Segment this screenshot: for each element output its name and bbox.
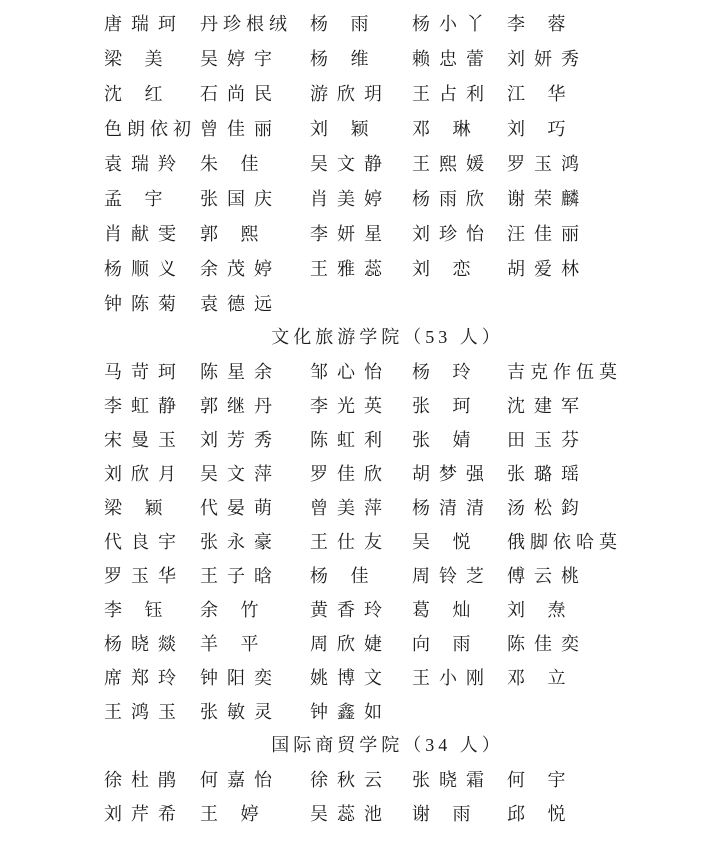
- section-rows: 马苛珂陈星余邹心怡杨 玲吉克作伍莫李虹静郭继丹李光英张 珂沈建军宋曼玉刘芳秀陈虹…: [0, 354, 711, 728]
- student-name: 沈 红: [104, 80, 200, 106]
- student-name: 周铃芝: [412, 562, 507, 588]
- student-name: 刘欣月: [104, 460, 200, 486]
- student-name: 曾美萍: [310, 494, 412, 520]
- student-name: 吴蕊池: [310, 800, 412, 826]
- student-name: 李妍星: [310, 220, 412, 246]
- student-name: 何嘉怡: [200, 766, 310, 792]
- student-name: 刘芳秀: [200, 426, 310, 452]
- student-name: 刘珍怡: [412, 220, 507, 246]
- student-name: 李光英: [310, 392, 412, 418]
- name-row: 马苛珂陈星余邹心怡杨 玲吉克作伍莫: [104, 354, 681, 388]
- student-name: 杨晓燚: [104, 630, 200, 656]
- student-name: 唐瑞珂: [104, 10, 200, 36]
- student-name: 梁 美: [104, 45, 200, 71]
- student-name: 吉克作伍莫: [507, 358, 681, 384]
- name-row: 肖献雯郭 熙李妍星刘珍怡汪佳丽: [104, 215, 681, 250]
- student-name: 王小刚: [412, 664, 507, 690]
- name-row: 色朗依初曾佳丽刘 颖邓 琳刘 巧: [104, 110, 681, 145]
- roster-section: 文化旅游学院（53 人）马苛珂陈星余邹心怡杨 玲吉克作伍莫李虹静郭继丹李光英张 …: [0, 320, 711, 728]
- student-name: 邹心怡: [310, 358, 412, 384]
- student-name: 张国庆: [200, 185, 310, 211]
- student-name: 杨顺义: [104, 255, 200, 281]
- student-name: 吴文静: [310, 150, 412, 176]
- student-name: 石尚民: [200, 80, 310, 106]
- name-row: 梁 颖代晏萌曾美萍杨清清汤松鈞: [104, 490, 681, 524]
- student-name: 刘 焘: [507, 596, 681, 622]
- student-name: 刘 恋: [412, 255, 507, 281]
- student-name: 张永豪: [200, 528, 310, 554]
- student-name: 罗佳欣: [310, 460, 412, 486]
- student-name: 袁德远: [200, 290, 310, 316]
- student-name: 杨清清: [412, 494, 507, 520]
- roster-section: 唐瑞珂丹珍根绒杨 雨杨小丫李 蓉梁 美吴婷宇杨 维赖忠蕾刘妍秀沈 红石尚民游欣玥…: [0, 5, 711, 320]
- name-row: 钟陈菊袁德远: [104, 285, 681, 320]
- student-name: 王 婷: [200, 800, 310, 826]
- student-name: 李 蓉: [507, 10, 681, 36]
- student-name: 陈佳奕: [507, 630, 681, 656]
- student-name: 钟陈菊: [104, 290, 200, 316]
- name-row: 李虹静郭继丹李光英张 珂沈建军: [104, 388, 681, 422]
- name-row: 刘欣月吴文萍罗佳欣胡梦强张璐瑶: [104, 456, 681, 490]
- name-row: 杨顺义余茂婷王雅蕊刘 恋胡爱林: [104, 250, 681, 285]
- student-name: 肖献雯: [104, 220, 200, 246]
- student-name: 汤松鈞: [507, 494, 681, 520]
- student-name: 俄脚依哈莫: [507, 528, 681, 554]
- student-name: 羊 平: [200, 630, 310, 656]
- student-name: 席郑玲: [104, 664, 200, 690]
- student-name: 沈建军: [507, 392, 681, 418]
- student-name: 胡爱林: [507, 255, 681, 281]
- student-name: 曾佳丽: [200, 115, 310, 141]
- name-row: 梁 美吴婷宇杨 维赖忠蕾刘妍秀: [104, 40, 681, 75]
- student-name: 田玉芬: [507, 426, 681, 452]
- roster-section: 国际商贸学院（34 人）徐杜鹃何嘉怡徐秋云张晓霜何 宇刘芹希王 婷吴蕊池谢 雨邱…: [0, 728, 711, 830]
- student-name: 张璐瑶: [507, 460, 681, 486]
- student-name: 邓 立: [507, 664, 681, 690]
- student-name: 罗玉华: [104, 562, 200, 588]
- student-name: 谢荣麟: [507, 185, 681, 211]
- student-name: 吴文萍: [200, 460, 310, 486]
- student-name: 陈星余: [200, 358, 310, 384]
- student-name: 马苛珂: [104, 358, 200, 384]
- student-name: 王熙媛: [412, 150, 507, 176]
- name-roster: 唐瑞珂丹珍根绒杨 雨杨小丫李 蓉梁 美吴婷宇杨 维赖忠蕾刘妍秀沈 红石尚民游欣玥…: [0, 5, 711, 830]
- student-name: 李 钰: [104, 596, 200, 622]
- name-row: 沈 红石尚民游欣玥王占利江 华: [104, 75, 681, 110]
- student-name: 宋曼玉: [104, 426, 200, 452]
- document-page: 唐瑞珂丹珍根绒杨 雨杨小丫李 蓉梁 美吴婷宇杨 维赖忠蕾刘妍秀沈 红石尚民游欣玥…: [0, 0, 711, 852]
- student-name: 钟鑫如: [310, 698, 412, 724]
- student-name: 何 宇: [507, 766, 681, 792]
- student-name: 代良宇: [104, 528, 200, 554]
- name-row: 宋曼玉刘芳秀陈虹利张 婧田玉芬: [104, 422, 681, 456]
- student-name: 江 华: [507, 80, 681, 106]
- student-name: 色朗依初: [104, 115, 200, 141]
- name-row: 袁瑞羚朱 佳吴文静王熙媛罗玉鸿: [104, 145, 681, 180]
- student-name: 黄香玲: [310, 596, 412, 622]
- student-name: 王鸿玉: [104, 698, 200, 724]
- student-name: 杨 佳: [310, 562, 412, 588]
- student-name: 张敏灵: [200, 698, 310, 724]
- student-name: 郭 熙: [200, 220, 310, 246]
- student-name: 刘 巧: [507, 115, 681, 141]
- student-name: 游欣玥: [310, 80, 412, 106]
- student-name: 钟阳奕: [200, 664, 310, 690]
- student-name: 杨小丫: [412, 10, 507, 36]
- student-name: 孟 宇: [104, 185, 200, 211]
- student-name: 朱 佳: [200, 150, 310, 176]
- student-name: 张 婧: [412, 426, 507, 452]
- student-name: 袁瑞羚: [104, 150, 200, 176]
- student-name: 汪佳丽: [507, 220, 681, 246]
- name-row: 罗玉华王子晗杨 佳周铃芝傅云桃: [104, 558, 681, 592]
- name-row: 代良宇张永豪王仕友吴 悦俄脚依哈莫: [104, 524, 681, 558]
- student-name: 杨 维: [310, 45, 412, 71]
- student-name: 胡梦强: [412, 460, 507, 486]
- student-name: 刘妍秀: [507, 45, 681, 71]
- name-row: 唐瑞珂丹珍根绒杨 雨杨小丫李 蓉: [104, 5, 681, 40]
- student-name: 梁 颖: [104, 494, 200, 520]
- student-name: 周欣婕: [310, 630, 412, 656]
- student-name: 邱 悦: [507, 800, 681, 826]
- student-name: 王占利: [412, 80, 507, 106]
- section-rows: 徐杜鹃何嘉怡徐秋云张晓霜何 宇刘芹希王 婷吴蕊池谢 雨邱 悦: [0, 762, 711, 830]
- student-name: 傅云桃: [507, 562, 681, 588]
- student-name: 谢 雨: [412, 800, 507, 826]
- student-name: 王雅蕊: [310, 255, 412, 281]
- student-name: 陈虹利: [310, 426, 412, 452]
- student-name: 王子晗: [200, 562, 310, 588]
- student-name: 杨雨欣: [412, 185, 507, 211]
- name-row: 孟 宇张国庆肖美婷杨雨欣谢荣麟: [104, 180, 681, 215]
- student-name: 徐秋云: [310, 766, 412, 792]
- student-name: 姚博文: [310, 664, 412, 690]
- student-name: 张晓霜: [412, 766, 507, 792]
- student-name: 向 雨: [412, 630, 507, 656]
- name-row: 李 钰余 竹黄香玲葛 灿刘 焘: [104, 592, 681, 626]
- student-name: 张 珂: [412, 392, 507, 418]
- student-name: 杨 雨: [310, 10, 412, 36]
- name-row: 刘芹希王 婷吴蕊池谢 雨邱 悦: [104, 796, 681, 830]
- section-header: 文化旅游学院（53 人）: [104, 320, 671, 354]
- student-name: 余茂婷: [200, 255, 310, 281]
- section-rows: 唐瑞珂丹珍根绒杨 雨杨小丫李 蓉梁 美吴婷宇杨 维赖忠蕾刘妍秀沈 红石尚民游欣玥…: [0, 5, 711, 320]
- student-name: 王仕友: [310, 528, 412, 554]
- student-name: 罗玉鸿: [507, 150, 681, 176]
- name-row: 徐杜鹃何嘉怡徐秋云张晓霜何 宇: [104, 762, 681, 796]
- section-header: 国际商贸学院（34 人）: [104, 728, 671, 762]
- student-name: 杨 玲: [412, 358, 507, 384]
- student-name: 葛 灿: [412, 596, 507, 622]
- student-name: 代晏萌: [200, 494, 310, 520]
- name-row: 王鸿玉张敏灵钟鑫如: [104, 694, 681, 728]
- student-name: 刘 颖: [310, 115, 412, 141]
- student-name: 丹珍根绒: [200, 10, 310, 36]
- student-name: 郭继丹: [200, 392, 310, 418]
- student-name: 赖忠蕾: [412, 45, 507, 71]
- student-name: 徐杜鹃: [104, 766, 200, 792]
- student-name: 刘芹希: [104, 800, 200, 826]
- student-name: 邓 琳: [412, 115, 507, 141]
- student-name: 肖美婷: [310, 185, 412, 211]
- student-name: 余 竹: [200, 596, 310, 622]
- name-row: 席郑玲钟阳奕姚博文王小刚邓 立: [104, 660, 681, 694]
- name-row: 杨晓燚羊 平周欣婕向 雨陈佳奕: [104, 626, 681, 660]
- student-name: 吴 悦: [412, 528, 507, 554]
- student-name: 吴婷宇: [200, 45, 310, 71]
- student-name: 李虹静: [104, 392, 200, 418]
